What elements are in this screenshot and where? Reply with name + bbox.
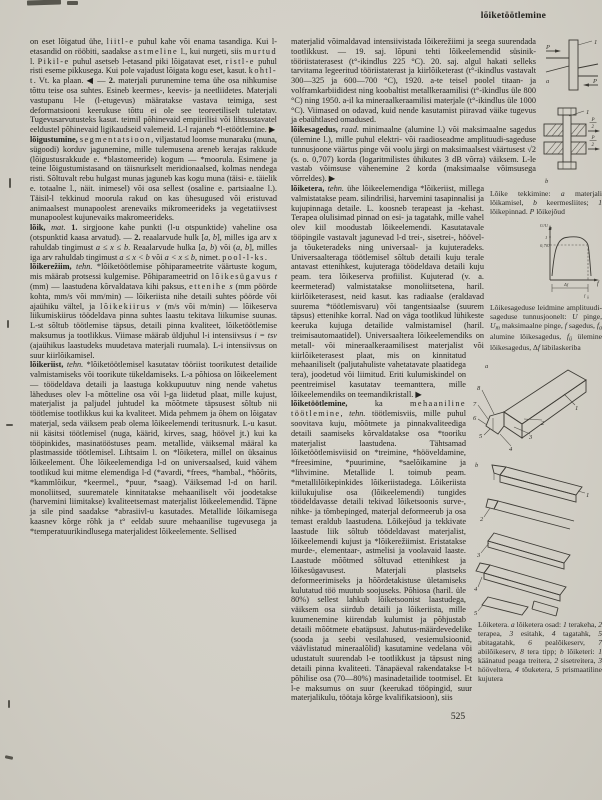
figure-label: f [597, 280, 600, 287]
entry-loikeriist: lõikeriist, tehn. *lõiketöötlemisel kasu… [30, 360, 277, 536]
figure-label: U/U [540, 223, 549, 228]
page-number: 525 [438, 712, 478, 722]
figure-tool-types: b 1 2 3 4 5 [472, 457, 602, 617]
figure-caption-cut-formation: Lõike tekkimine: a materjali lõikamisel,… [490, 190, 602, 217]
left-column: on eset lõigatud ühe, liitl-e puhul kahe… [30, 37, 277, 537]
figure-label: a [546, 78, 549, 85]
figure-label: ü [587, 295, 589, 299]
scan-artifact [67, 1, 78, 5]
figure-caption-tool: Lõiketera. a lõiketera osad: 1 terakeha,… [478, 621, 602, 683]
figure-label: 2 [592, 125, 595, 130]
figure-label: a [485, 363, 488, 370]
scan-artifact [27, 0, 61, 6]
figure-label: 1 [586, 109, 589, 116]
figure-label: 1 [575, 405, 578, 412]
figure-label: 5 [479, 433, 483, 440]
figure-label: 1 [545, 235, 547, 240]
encyclopedia-page-scan: lõiketöötlemine on eset lõigatud ühe, li… [0, 0, 602, 800]
entry-loige-continuation: on eset lõigatud ühe, liitl-e puhul kahe… [30, 37, 277, 135]
figure-label: 2 [480, 516, 484, 523]
scan-artifact [7, 320, 9, 328]
figure-cut-formation-thread-joint: 1 P 2 P 2 b [542, 106, 602, 186]
figure-cutoff-frequency-graph: U/U m 1 0,707 f Δf f ü [540, 222, 602, 300]
figure-label: Δf [563, 282, 569, 287]
figure-tool-parts: a 8 7 6 5 4 3 2 1 [472, 358, 602, 454]
figure-label: 3 [476, 552, 481, 559]
figure-label: 0,707 [540, 243, 551, 249]
entry-loigustumine: lõigustumine, segmentatsioon, viljastatu… [30, 135, 277, 223]
figure-label: 8 [477, 385, 481, 392]
entry-loik: lõik, mat. 1. sirgjoone kahe punkti (l-u… [30, 223, 277, 262]
figure-label: f [584, 293, 586, 298]
figure-label: P [545, 44, 550, 51]
scan-artifact [9, 178, 11, 188]
scan-artifact [6, 424, 13, 426]
figure-label: m [550, 226, 553, 230]
right-column: 1 P P a [291, 37, 602, 703]
figure-label: 7 [473, 401, 477, 408]
figure-label: 5 [474, 610, 478, 617]
figure-label: b [545, 178, 549, 185]
figure-label: b [475, 462, 479, 469]
figure-label: 2 [541, 420, 545, 427]
figure-caption-cutoff-frequency: Lõikesageduse leidmine amplituudi-sagedu… [490, 304, 602, 354]
entry-loikerezhiim: lõikerežiim, tehn. *lõiketöötlemise põhi… [30, 262, 277, 360]
figure-label: 2 [592, 143, 595, 148]
page-header-title: lõiketöötlemine [291, 11, 546, 21]
scan-artifact [5, 755, 13, 760]
figure-label: 1 [586, 492, 589, 499]
figure-label: 4 [474, 586, 478, 593]
scan-artifact [8, 700, 10, 708]
figure-label: 6 [473, 415, 477, 422]
figure-label: 4 [509, 446, 513, 453]
figure-label: 3 [528, 434, 533, 441]
figure-label: 1 [594, 39, 597, 46]
figure-cut-formation-material: 1 P P a [542, 37, 602, 103]
figure-label: P [592, 78, 597, 85]
